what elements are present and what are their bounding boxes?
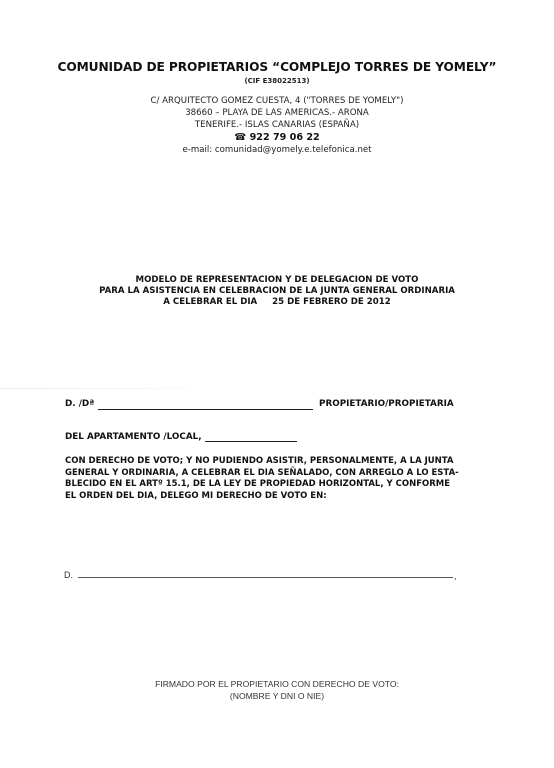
delegate-label: D.: [64, 570, 73, 580]
owner-role-label: PROPIETARIO/PROPIETARIA: [319, 399, 454, 409]
paragraph-line: BLECIDO EN EL ARTº 15.1, DE LA LEY DE PR…: [65, 479, 475, 491]
meeting-date: 25 DE FEBRERO DE 2012: [272, 297, 391, 307]
meeting-date-prefix: A CELEBRAR EL DIA: [163, 297, 257, 307]
email-address: e-mail: comunidad@yomely.e.telefonica.ne…: [0, 145, 554, 155]
delegation-paragraph: CON DERECHO DE VOTO; Y NO PUDIENDO ASIST…: [65, 456, 475, 502]
address-region: TENERIFE.- ISLAS CANARIAS (ESPAÑA): [0, 120, 554, 130]
phone-number: 922 79 06 22: [250, 132, 320, 143]
paragraph-line: CON DERECHO DE VOTO; Y NO PUDIENDO ASIST…: [65, 456, 475, 468]
form-heading-line3: A CELEBRAR EL DIA 25 DE FEBRERO DE 2012: [0, 297, 554, 307]
unit-field[interactable]: [205, 441, 297, 442]
address-city: 38660 – PLAYA DE LAS AMERICAS.- ARONA: [0, 108, 554, 118]
owner-name-label: D. /Dª: [65, 399, 94, 409]
paragraph-line: GENERAL Y ORDINARIA, A CELEBRAR EL DIA S…: [65, 468, 475, 480]
telephone-icon: ☎: [234, 132, 246, 143]
unit-label: DEL APARTAMENTO /LOCAL,: [65, 432, 202, 442]
delegate-name-field[interactable]: [78, 577, 453, 578]
scan-artifact: [0, 388, 190, 389]
community-title: COMUNIDAD DE PROPIETARIOS “COMPLEJO TORR…: [0, 60, 554, 74]
cif-number: (CIF E38022513): [0, 77, 554, 85]
phone-number-row: ☎ 922 79 06 22: [0, 132, 554, 143]
signature-label: FIRMADO POR EL PROPIETARIO CON DERECHO D…: [0, 679, 554, 689]
delegate-comma: ,: [454, 571, 457, 581]
signature-sublabel: (NOMBRE Y DNI O NIE): [0, 691, 554, 701]
address-street: C/ ARQUITECTO GOMEZ CUESTA, 4 ("TORRES D…: [0, 96, 554, 106]
form-heading-line2: PARA LA ASISTENCIA EN CELEBRACION DE LA …: [0, 286, 554, 296]
paragraph-line: EL ORDEN DEL DIA, DELEGO MI DERECHO DE V…: [65, 491, 475, 503]
form-heading-line1: MODELO DE REPRESENTACION Y DE DELEGACION…: [0, 275, 554, 285]
owner-name-field[interactable]: [98, 409, 313, 410]
